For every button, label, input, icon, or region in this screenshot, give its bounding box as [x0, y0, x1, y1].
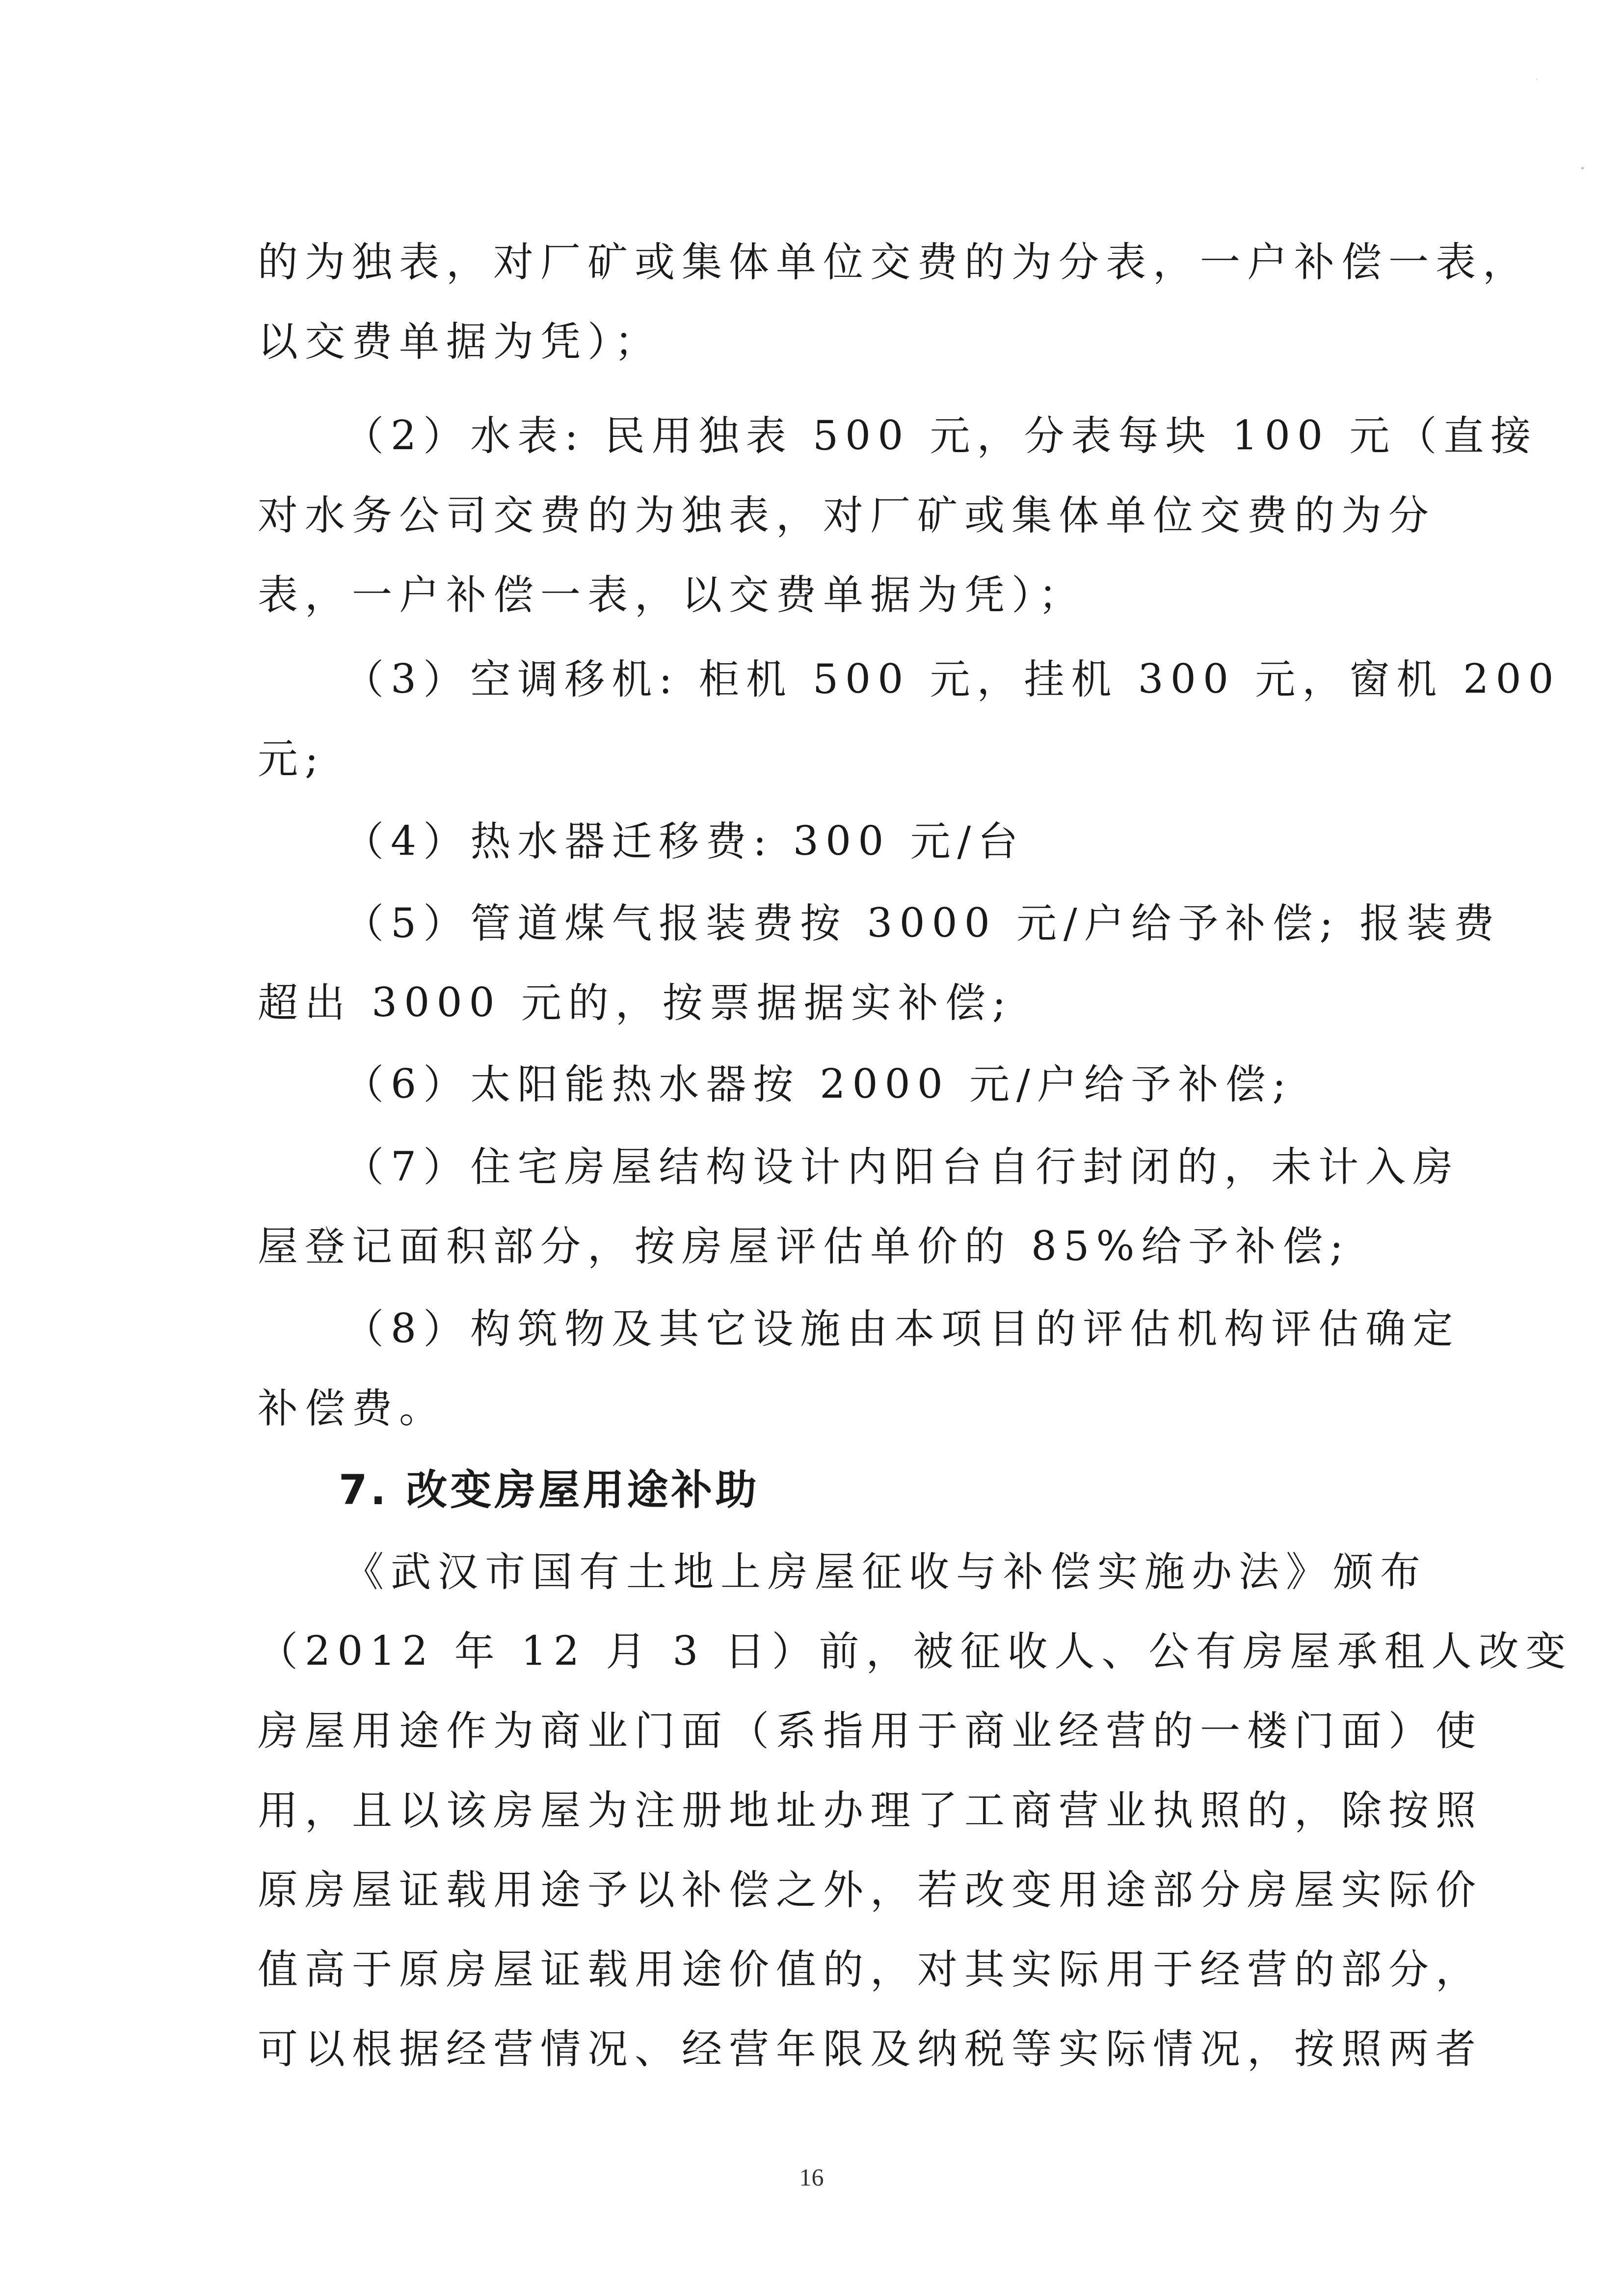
text-line: 《武汉市国有土地上房屋征收与补偿实施办法》颁布 [344, 1543, 1389, 1602]
section-heading: 7. 改变房屋用途补助 [339, 1460, 760, 1519]
text-line: 补偿费。 [258, 1379, 1389, 1438]
text-line: 值高于原房屋证载用途价值的，对其实际用于经营的部分， [258, 1941, 1389, 1999]
list-item-5: （5）管道煤气报装费按 3000 元/户给予补偿; 报装费 [344, 894, 1389, 953]
scan-speck [1536, 79, 1538, 80]
text-line: （2012 年 12 月 3 日）前，被征收人、公有房屋承租人改变 [258, 1622, 1389, 1681]
text-line: 对水务公司交费的为独表，对厂矿或集体单位交费的为分 [258, 486, 1389, 545]
text-line: 元; [258, 730, 1389, 789]
page-number: 16 [0, 2160, 1623, 2194]
text-line: 屋登记面积部分，按房屋评估单价的 85%给予补偿; [258, 1217, 1389, 1276]
text-line: 用，且以该房屋为注册地址办理了工商营业执照的，除按照 [258, 1782, 1389, 1840]
text-line: 以交费单据为凭）； [258, 313, 1389, 372]
list-item-8: （8）构筑物及其它设施由本项目的评估机构评估确定 [344, 1300, 1389, 1359]
list-item-2: （2）水表: 民用独表 500 元，分表每块 100 元（直接 [344, 407, 1389, 466]
text-line: 房屋用途作为商业门面（系指用于商业经营的一楼门面）使 [258, 1702, 1389, 1761]
text-line: 可以根据经营情况、经营年限及纳税等实际情况，按照两者 [258, 2020, 1389, 2079]
text-line: 原房屋证载用途予以补偿之外，若改变用途部分房屋实际价 [258, 1861, 1389, 1920]
list-item-3: （3）空调移机: 柜机 500 元，挂机 300 元，窗机 200 [344, 650, 1389, 709]
text-line: 的为独表，对厂矿或集体单位交费的为分表，一户补偿一表， [258, 233, 1389, 292]
text-line: 超出 3000 元的，按票据据实补偿; [258, 974, 1389, 1033]
document-page: 的为独表，对厂矿或集体单位交费的为分表，一户补偿一表， 以交费单据为凭）； （2… [0, 0, 1623, 2296]
scan-speck [1581, 167, 1584, 169]
text-line: 表，一户补偿一表，以交费单据为凭）； [258, 566, 1389, 625]
list-item-4: （4）热水器迁移费: 300 元/台 [344, 812, 1389, 871]
list-item-7: （7）住宅房屋结构设计内阳台自行封闭的，未计入房 [344, 1138, 1389, 1197]
list-item-6: （6）太阳能热水器按 2000 元/户给予补偿; [344, 1055, 1389, 1114]
